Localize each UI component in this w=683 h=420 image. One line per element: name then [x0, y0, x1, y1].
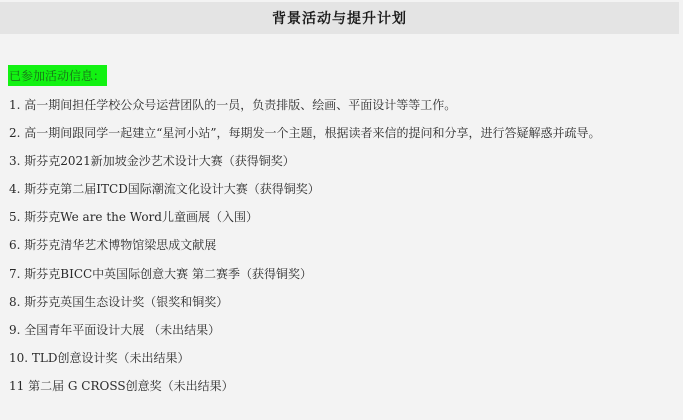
- activity-list: 1. 高一期间担任学校公众号运营团队的一员，负责排版、绘画、平面设计等等工作。 …: [9, 96, 601, 405]
- section-label-highlighted: 已参加活动信息：: [8, 65, 107, 86]
- list-item: 4. 斯芬克第二届ITCD国际潮流文化设计大赛（获得铜奖）: [9, 180, 601, 208]
- list-item: 10. TLD创意设计奖（未出结果）: [9, 349, 601, 377]
- list-item: 5. 斯芬克We are the Word儿童画展（入围）: [9, 208, 601, 236]
- list-item: 7. 斯芬克BICC中英国际创意大赛 第二赛季（获得铜奖）: [9, 265, 601, 293]
- list-item: 1. 高一期间担任学校公众号运营团队的一员，负责排版、绘画、平面设计等等工作。: [9, 96, 601, 124]
- list-item: 3. 斯芬克2021新加坡金沙艺术设计大赛（获得铜奖）: [9, 152, 601, 180]
- header-band: 背景活动与提升计划: [0, 2, 679, 34]
- list-item: 8. 斯芬克英国生态设计奖（银奖和铜奖）: [9, 293, 601, 321]
- list-item: 2. 高一期间跟同学一起建立“星河小站”，每期发一个主题，根据读者来信的提问和分…: [9, 124, 601, 152]
- list-item: 9. 全国青年平面设计大展 （未出结果）: [9, 321, 601, 349]
- list-item: 11 第二届 G CROSS创意奖（未出结果）: [9, 377, 601, 405]
- list-item: 6. 斯芬克清华艺术博物馆梁思成文献展: [9, 236, 601, 264]
- page-title: 背景活动与提升计划: [272, 8, 407, 28]
